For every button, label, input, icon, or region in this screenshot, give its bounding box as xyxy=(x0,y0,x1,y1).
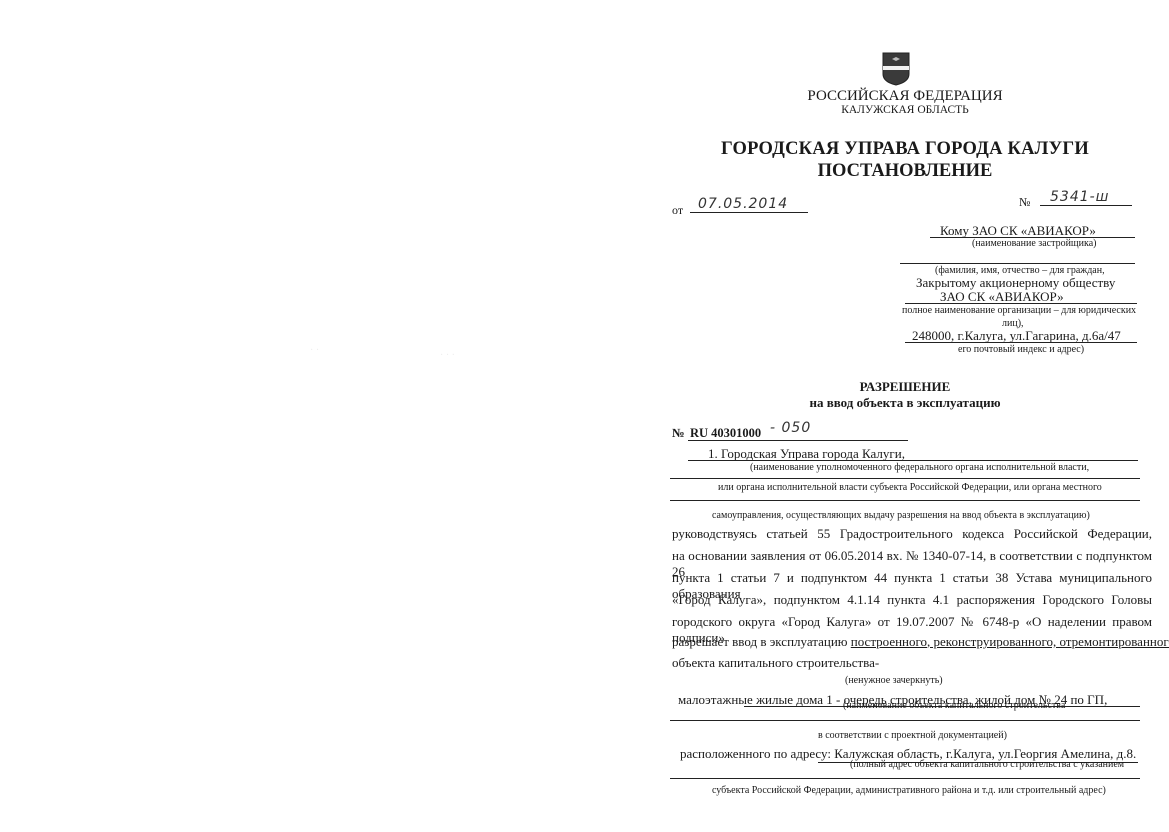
authority-title: ГОРОДСКАЯ УПРАВА ГОРОДА КАЛУГИ xyxy=(680,139,1130,160)
date-prefix: от xyxy=(672,203,683,218)
doc-type-title: ПОСТАНОВЛЕНИЕ xyxy=(680,161,1130,182)
permit-number-handwritten: - 050 xyxy=(770,420,811,436)
country-heading: РОССИЙСКАЯ ФЕДЕРАЦИЯ xyxy=(760,88,1050,105)
object-line: объекта капитального строительства- xyxy=(672,655,879,671)
address-caption: его почтовый индекс и адрес) xyxy=(958,344,1084,355)
address-caption-1: (полный адрес объекта капитального строи… xyxy=(850,759,1124,770)
permit-number-prefix: № xyxy=(672,426,685,441)
date-value: 07.05.2014 xyxy=(698,196,788,212)
recipient-caption: (наименование застройщика) xyxy=(972,238,1096,249)
org-caption-1: полное наименование организации – для юр… xyxy=(902,305,1136,316)
issuer-caption-1: (наименование уполномоченного федерально… xyxy=(750,462,1089,473)
option-built: построенного xyxy=(851,634,927,649)
object-caption-1: (наименование объекта капитального строи… xyxy=(843,700,1065,711)
permits-line: разрешает ввод в эксплуатацию построенно… xyxy=(672,634,1152,650)
paragraph-line-1: руководствуясь статьей 55 Градостроитель… xyxy=(672,526,1152,542)
number-prefix: № xyxy=(1019,195,1030,210)
issuer-caption-3: самоуправления, осуществляющих выдачу ра… xyxy=(712,510,1090,521)
bleed-through-mark: · · xyxy=(310,345,319,356)
option-reconstructed-struck: , реконструированного, отремонтированног… xyxy=(927,634,1169,649)
permit-title: РАЗРЕШЕНИЕ xyxy=(680,379,1130,395)
region-heading: КАЛУЖСКАЯ ОБЛАСТЬ xyxy=(760,104,1050,116)
number-value: 5341-ш xyxy=(1050,189,1110,205)
object-name-prefix: малоэтажные xyxy=(678,692,756,707)
permit-number-printed: RU 40301000 xyxy=(690,426,761,441)
address-prefix: расположенного по адресу: xyxy=(680,746,834,761)
issuer-caption-2: или органа исполнительной власти субъект… xyxy=(718,482,1102,493)
coat-of-arms-icon xyxy=(882,52,910,86)
address-caption-2: субъекта Российской Федерации, администр… xyxy=(712,785,1106,796)
strike-caption: (ненужное зачеркнуть) xyxy=(845,675,943,686)
permits-prefix: разрешает ввод в эксплуатацию xyxy=(672,634,851,649)
permit-subtitle: на ввод объекта в эксплуатацию xyxy=(680,395,1130,411)
object-caption-2: в соответствии с проектной документацией… xyxy=(818,730,1007,741)
bleed-through-mark: · · · xyxy=(440,350,455,361)
paragraph-line-4: «Город Калуга», подпунктом 4.1.14 пункта… xyxy=(672,592,1152,608)
